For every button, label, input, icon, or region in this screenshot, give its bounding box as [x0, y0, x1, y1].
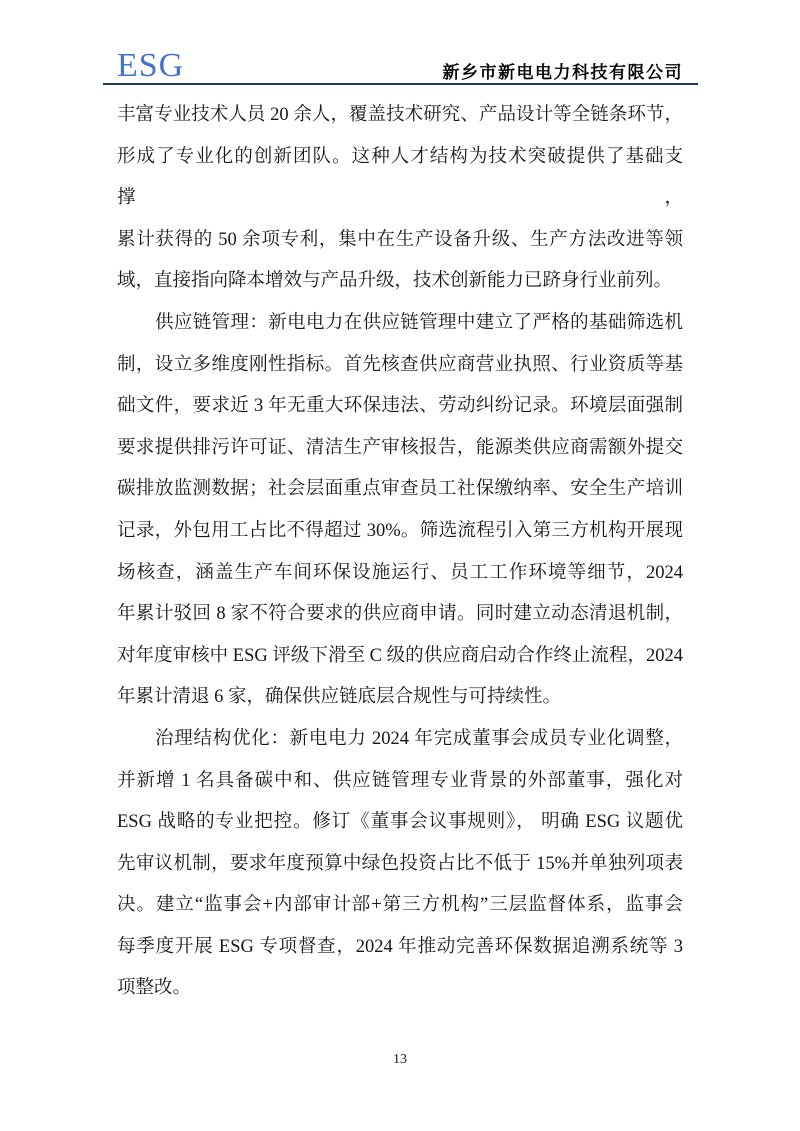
- text-line: 并新增 1 名具备碳中和、供应链管理专业背景的外部董事，强化对: [117, 761, 683, 803]
- document-page: { "header": { "logo": "ESG", "company": …: [0, 0, 800, 1131]
- text-line: 场核查，涵盖生产车间环保设施运行、员工工作环境等细节，2024: [117, 553, 683, 595]
- text-line: 治理结构优化：新电电力 2024 年完成董事会成员专业化调整，: [117, 719, 683, 761]
- page-number: 13: [0, 1052, 800, 1068]
- text-line: 先审议机制，要求年度预算中绿色投资占比不低于 15%并单独列项表: [117, 844, 683, 886]
- text-line: 每季度开展 ESG 专项督查，2024 年推动完善环保数据追溯系统等 3: [117, 927, 683, 969]
- text-line: 供应链管理：新电电力在供应链管理中建立了严格的基础筛选机: [117, 303, 683, 345]
- text-line: 年累计清退 6 家，确保供应链底层合规性与可持续性。: [117, 677, 683, 719]
- text-line: 形成了专业化的创新团队。这种人才结构为技术突破提供了基础支撑，: [117, 137, 683, 220]
- text-line: 要求提供排污许可证、清洁生产审核报告，能源类供应商需额外提交: [117, 428, 683, 470]
- text-line: 累计获得的 50 余项专利，集中在生产设备升级、生产方法改进等领: [117, 220, 683, 262]
- text-line: 碳排放监测数据；社会层面重点审查员工社保缴纳率、安全生产培训: [117, 469, 683, 511]
- text-line: 决。建立“监事会+内部审计部+第三方机构”三层监督体系，监事会: [117, 885, 683, 927]
- header-divider-line: [103, 83, 698, 85]
- text-line: 制，设立多维度刚性指标。首先核查供应商营业执照、行业资质等基: [117, 345, 683, 387]
- document-body: 丰富专业技术人员 20 余人，覆盖技术研究、产品设计等全链条环节，形成了专业化的…: [117, 95, 683, 1010]
- text-line: ESG 战略的专业把控。修订《董事会议事规则》， 明确 ESG 议题优: [117, 802, 683, 844]
- text-line: 年累计驳回 8 家不符合要求的供应商申请。同时建立动态清退机制，: [117, 594, 683, 636]
- company-name: 新乡市新电电力科技有限公司: [443, 58, 684, 83]
- text-line: 丰富专业技术人员 20 余人，覆盖技术研究、产品设计等全链条环节，: [117, 95, 683, 137]
- text-line: 础文件，要求近 3 年无重大环保违法、劳动纠纷记录。环境层面强制: [117, 386, 683, 428]
- text-line: 项整改。: [117, 968, 683, 1010]
- text-line: 域，直接指向降本增效与产品升级，技术创新能力已跻身行业前列。: [117, 261, 683, 303]
- text-line: 记录，外包用工占比不得超过 30%。筛选流程引入第三方机构开展现: [117, 511, 683, 553]
- esg-logo: ESG: [117, 47, 184, 85]
- text-line: 对年度审核中 ESG 评级下滑至 C 级的供应商启动合作终止流程，2024: [117, 636, 683, 678]
